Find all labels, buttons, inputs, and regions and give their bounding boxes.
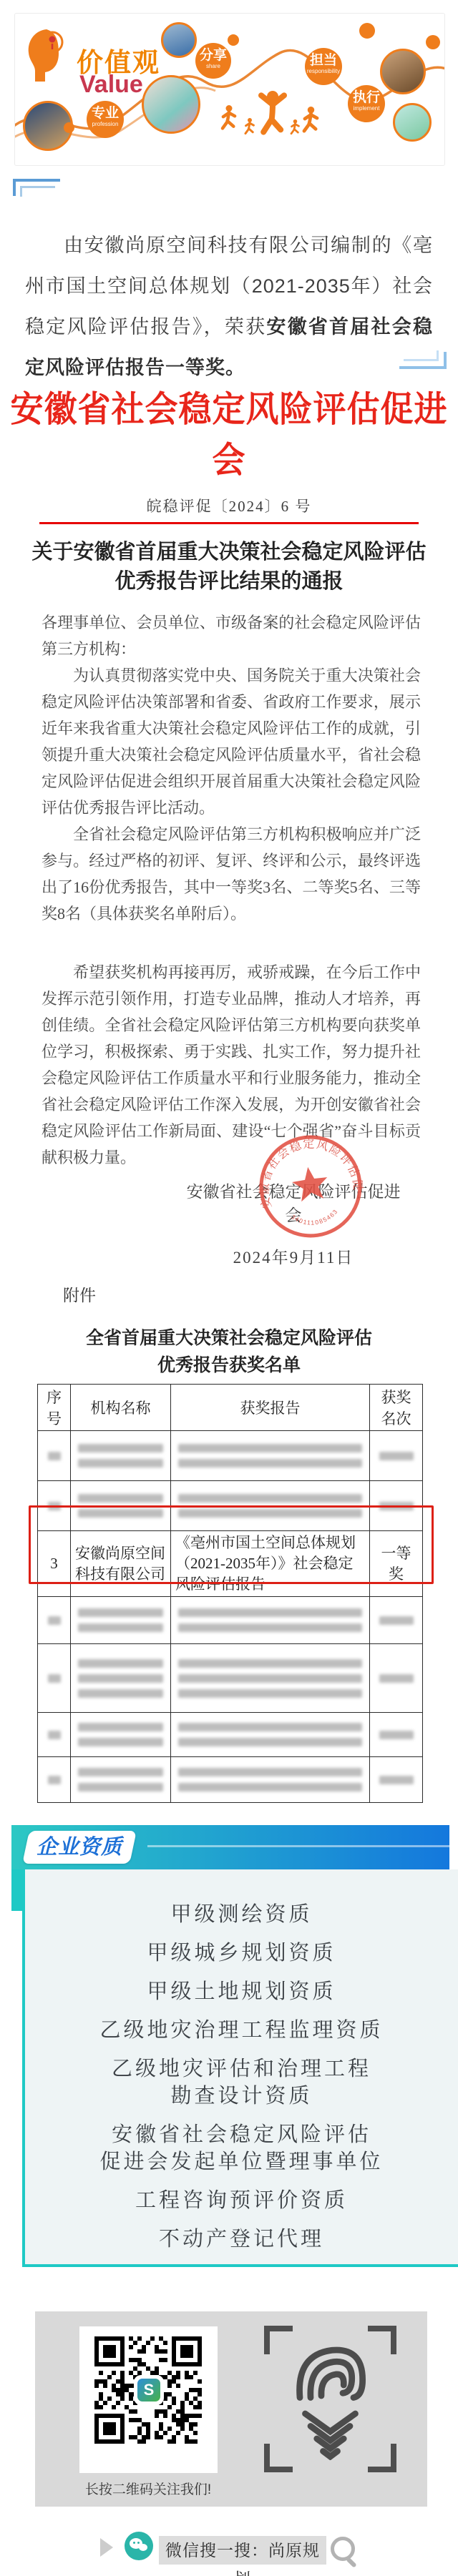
- redacted-text-bar: [78, 1444, 163, 1452]
- award-table-title-line1: 全省首届重大决策社会稳定风险评估: [0, 1324, 458, 1352]
- qualifications-header-band: 企业资质: [11, 1825, 449, 1869]
- redacted-text-bar: [78, 1494, 163, 1503]
- qualification-item: 工程咨询预评价资质: [25, 2187, 458, 2214]
- quote-bracket-top-left-inner: [20, 186, 55, 197]
- notice-title-line1: 关于安徽省首届重大决策社会稳定风险评估: [0, 538, 458, 567]
- value-tag-share: 分享share: [195, 43, 231, 79]
- redacted-text-bar: [178, 1509, 362, 1518]
- qualifications-panel: 甲级测绘资质甲级城乡规划资质甲级土地规划资质乙级地灾治理工程监理资质乙级地灾评估…: [22, 1869, 458, 2267]
- issuing-org-banner: 安徽省社会稳定风险评估促进会: [0, 381, 458, 483]
- values-banner: 价值观 Value 专业profession分享share担当responsib…: [14, 13, 445, 166]
- value-tag-label: 分享: [195, 49, 231, 63]
- award-table-row: [38, 1757, 423, 1803]
- redacted-text-bar: [178, 1689, 362, 1698]
- svg-text:安徽省社会稳定风险评估促进会: 安徽省社会稳定风险评估促进会: [256, 1132, 365, 1211]
- redacted-text-bar: [178, 1444, 362, 1452]
- redacted-text-bar: [78, 1783, 163, 1791]
- qr-caption: 长按二维码关注我们!: [49, 2479, 247, 2498]
- article-page: 价值观 Value 专业profession分享share担当responsib…: [0, 0, 458, 2576]
- redacted-text-bar: [379, 1616, 414, 1625]
- qualifications-badge: 企业资质: [22, 1831, 137, 1864]
- play-arrow-icon: [100, 2538, 113, 2557]
- value-tag-sublabel: implement: [348, 105, 385, 112]
- cell-award-rank: 一等奖: [370, 1531, 423, 1597]
- redacted-text-bar: [78, 1459, 163, 1468]
- redacted-text-bar: [48, 1731, 61, 1739]
- banner-dot: [64, 122, 74, 133]
- redacted-text-bar: [379, 1776, 414, 1784]
- value-tag-profession: 专业profession: [87, 101, 124, 138]
- qualification-item: 不动产登记代理: [25, 2226, 458, 2253]
- award-table-header-cell: 获奖名次: [370, 1385, 423, 1431]
- qr-center-logo: S: [135, 2376, 162, 2404]
- redacted-text-bar: [78, 1768, 163, 1776]
- value-tag-label: 执行: [348, 91, 385, 105]
- award-table-row: [38, 1481, 423, 1531]
- redacted-text-bar: [178, 1659, 362, 1668]
- redacted-text-bar: [178, 1494, 362, 1503]
- redacted-text-bar: [78, 1738, 163, 1746]
- redacted-text-bar: [48, 1452, 61, 1460]
- award-table-title-line2: 优秀报告获奖名单: [0, 1352, 458, 1379]
- banner-dot: [426, 35, 440, 49]
- qualification-item: 安徽省社会稳定风险评估促进会发起单位暨理事单位: [25, 2121, 458, 2176]
- official-red-stamp: 安徽省社会稳定风险评估促进会 3401110854639: [256, 1132, 365, 1241]
- runner-silhouettes: [223, 91, 317, 134]
- banner-photo-circle: [380, 49, 426, 94]
- fingerprint-scan-graphic: [264, 2326, 396, 2472]
- redacted-text-bar: [48, 1616, 61, 1625]
- award-table-row: [38, 1713, 423, 1757]
- red-rule-divider: [39, 522, 419, 524]
- redacted-text-bar: [178, 1768, 362, 1776]
- notice-paragraph: 全省社会稳定风险评估第三方机构积极响应并广泛参与。经过严格的初评、复评、终评和公…: [42, 821, 421, 927]
- redacted-text-bar: [178, 1623, 362, 1632]
- value-tag-implement: 执行implement: [348, 85, 385, 122]
- redacted-text-bar: [178, 1723, 362, 1731]
- notice-paragraph: 为认真贯彻落实党中央、国务院关于重大决策社会稳定风险评估决策部署和省委、省政府工…: [42, 662, 421, 821]
- notice-title: 关于安徽省首届重大决策社会稳定风险评估 优秀报告评比结果的通报: [0, 538, 458, 596]
- wechat-icon: [125, 2532, 153, 2560]
- qualifications-badge-label: 企业资质: [26, 1831, 133, 1864]
- attachment-label: 附件: [63, 1282, 96, 1306]
- search-magnifier-icon: [331, 2537, 355, 2561]
- value-tag-label: 专业: [87, 107, 124, 121]
- notice-body: 各理事单位、会员单位、市级备案的社会稳定风险评估第三方机构：为认真贯彻落实党中央…: [42, 609, 421, 1171]
- search-magnifier-handle: [346, 2557, 357, 2568]
- qualifications-left-tab: [11, 1869, 22, 1911]
- redacted-text-bar: [48, 1502, 61, 1510]
- award-table-row: [38, 1644, 423, 1713]
- qualification-item: 甲级城乡规划资质: [25, 1940, 458, 1967]
- redacted-text-bar: [78, 1723, 163, 1731]
- wechat-bubble-small: [139, 2544, 147, 2551]
- banner-photo-circle: [161, 22, 197, 58]
- redacted-text-bar: [178, 1783, 362, 1791]
- redacted-text-bar: [379, 1674, 414, 1683]
- redacted-text-bar: [178, 1459, 362, 1468]
- redacted-text-bar: [178, 1608, 362, 1617]
- redacted-text-bar: [379, 1502, 414, 1510]
- band-accent-line: [147, 1845, 449, 1847]
- notice-paragraph: 各理事单位、会员单位、市级备案的社会稳定风险评估第三方机构：: [42, 609, 421, 662]
- qualification-item: 甲级土地规划资质: [25, 1978, 458, 2005]
- cell-row-number: 3: [38, 1531, 71, 1597]
- follow-us-box: S 长按二维码关注我们!: [35, 2311, 427, 2507]
- intro-paragraph: 由安徽尚原空间科技有限公司编制的《亳州市国土空间总体规划（2021-2035年）…: [25, 225, 433, 388]
- award-table-header-cell: 机构名称: [71, 1385, 171, 1431]
- redacted-text-bar: [379, 1452, 414, 1460]
- redacted-text-bar: [48, 1776, 61, 1784]
- award-table-row: [38, 1597, 423, 1644]
- banner-dot: [359, 23, 375, 39]
- award-table-row-winner: 3安徽尚原空间科技有限公司《亳州市国土空间总体规划（2021-2035年）》社会…: [38, 1531, 423, 1597]
- award-table-title: 全省首届重大决策社会稳定风险评估 优秀报告获奖名单: [0, 1324, 458, 1379]
- award-table: 序号机构名称获奖报告获奖名次 3安徽尚原空间科技有限公司《亳州市国土空间总体规划…: [37, 1384, 423, 1803]
- value-tag-label: 担当: [305, 54, 342, 68]
- qr-card: S: [79, 2326, 218, 2473]
- notice-title-line2: 优秀报告评比结果的通报: [0, 567, 458, 596]
- redacted-text-bar: [78, 1689, 163, 1698]
- redacted-text-bar: [178, 1738, 362, 1746]
- award-table-header-cell: 序号: [38, 1385, 71, 1431]
- value-tag-responsibility: 担当responsibility: [305, 48, 342, 85]
- banner-photo-circle: [393, 103, 432, 142]
- banner-title-en: Value: [79, 71, 143, 99]
- redacted-text-bar: [48, 1674, 61, 1683]
- qualification-item: 乙级地灾治理工程监理资质: [25, 2017, 458, 2044]
- value-tag-sublabel: responsibility: [305, 68, 342, 74]
- document-number: 皖稳评促〔2024〕6 号: [0, 495, 458, 516]
- value-tag-sublabel: share: [195, 63, 231, 69]
- redacted-text-bar: [78, 1659, 163, 1668]
- value-tag-sublabel: profession: [87, 121, 124, 127]
- banner-photo-circle: [142, 75, 200, 134]
- award-table-row: [38, 1431, 423, 1481]
- cell-org-name: 安徽尚原空间科技有限公司: [71, 1531, 171, 1597]
- banner-dot: [228, 34, 239, 46]
- wechat-search-pill: 微信搜一搜：尚原规划: [159, 2536, 326, 2565]
- award-table-header-row: 序号机构名称获奖报告获奖名次: [38, 1385, 423, 1431]
- qualification-item: 甲级测绘资质: [25, 1901, 458, 1928]
- signature-date: 2024年9月11日: [179, 1244, 408, 1268]
- qualification-item: 乙级地灾评估和治理工程勘查设计资质: [25, 2055, 458, 2110]
- cell-report-title: 《亳州市国土空间总体规划（2021-2035年）》社会稳定风险评估报告: [171, 1531, 370, 1597]
- redacted-text-bar: [78, 1674, 163, 1683]
- redacted-text-bar: [78, 1509, 163, 1518]
- fingerprint-icon: [286, 2339, 375, 2460]
- award-table-header-cell: 获奖报告: [171, 1385, 370, 1431]
- head-bulb-icon: [29, 29, 62, 82]
- stamp-star: [291, 1164, 331, 1202]
- quote-bracket-bottom-right-inner: [404, 350, 439, 361]
- redacted-text-bar: [178, 1674, 362, 1683]
- redacted-text-bar: [78, 1623, 163, 1632]
- redacted-text-bar: [78, 1608, 163, 1617]
- redacted-text-bar: [379, 1731, 414, 1739]
